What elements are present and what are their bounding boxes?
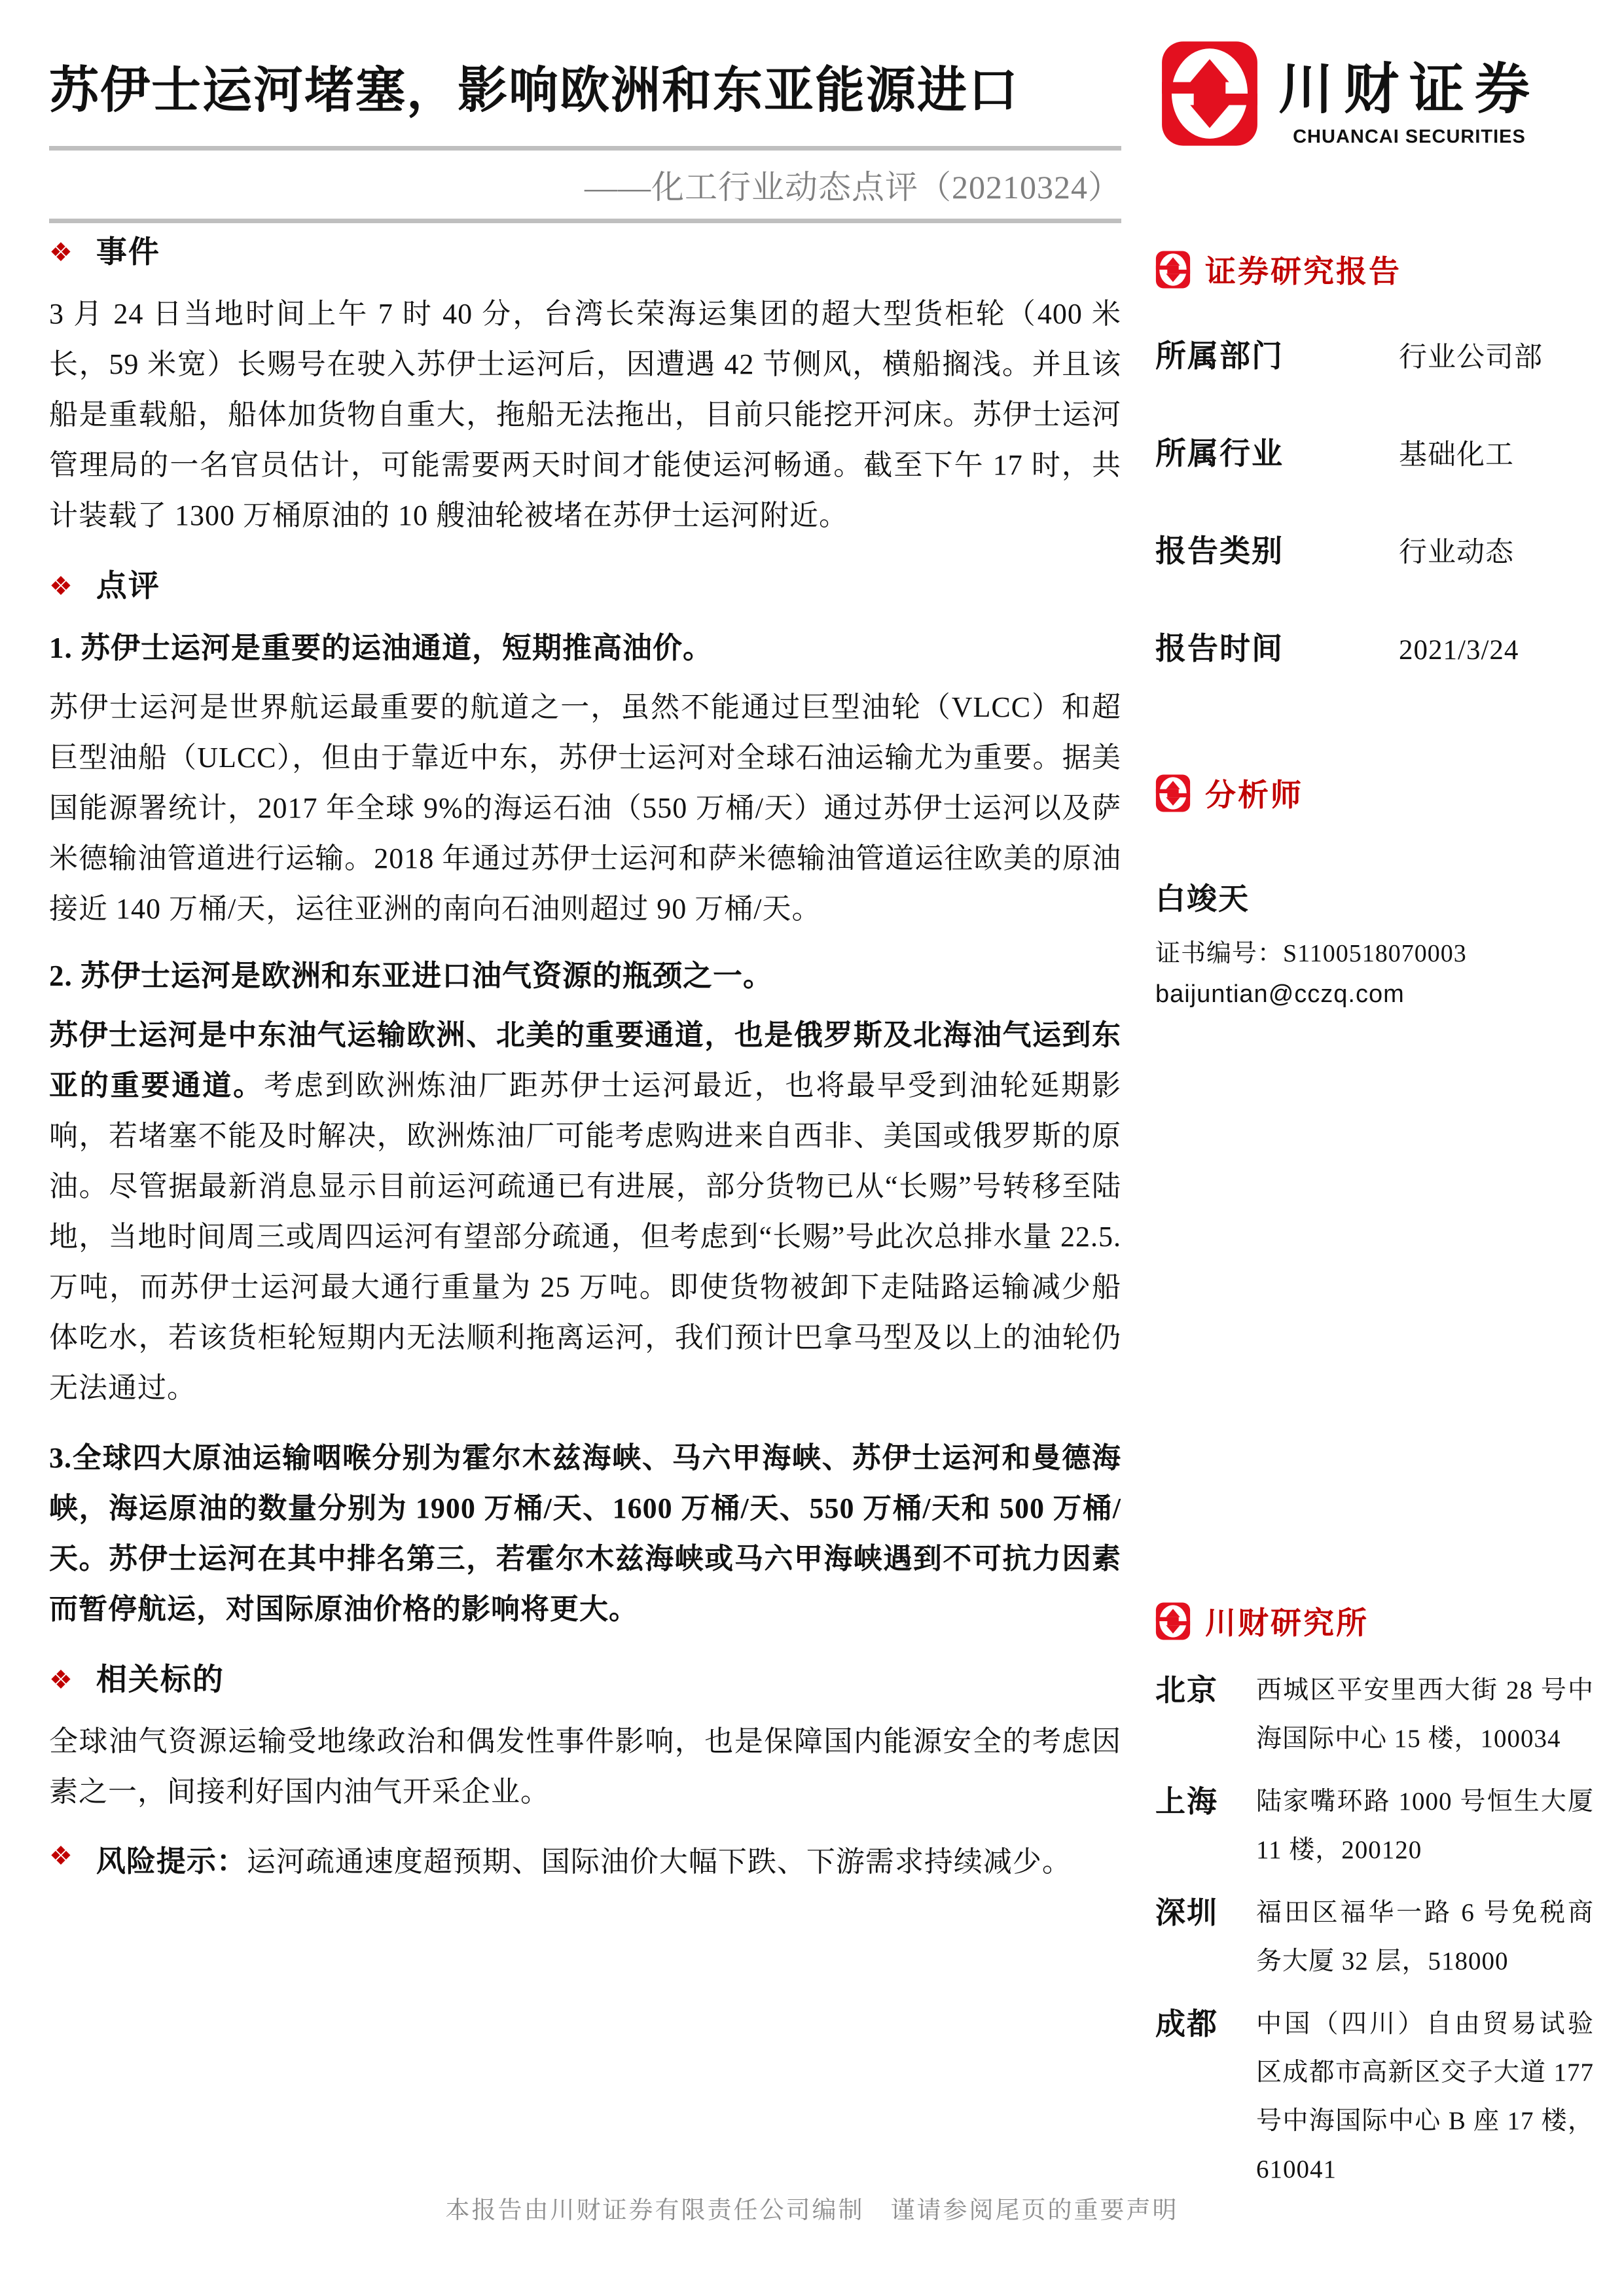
- point-3-paragraph: 3.全球四大原油运输咽喉分别为霍尔木兹海峡、马六甲海峡、苏伊士运河和曼德海峡，海…: [49, 1433, 1121, 1634]
- diamond-bullet-icon: ❖: [49, 1660, 73, 1700]
- risk-section: ❖ 风险提示：运河疏通速度超预期、国际油价大幅下跌、下游需求持续减少。: [49, 1837, 1121, 1887]
- section-label: 事件: [96, 233, 160, 272]
- report-body: ❖ 事件 3 月 24 日当地时间上午 7 时 40 分，台湾长荣海运集团的超大…: [49, 233, 1121, 1887]
- report-subtitle: ——化工行业动态点评（20210324）: [49, 161, 1121, 208]
- analyst-badge: 分析师: [1155, 771, 1594, 815]
- point-2-rest: 考虑到欧洲炼油厂距苏伊士运河最近，也将最早受到油轮延期影响，若堵塞不能及时解决，…: [49, 1069, 1121, 1404]
- section-header-event: ❖ 事件: [49, 233, 1121, 272]
- report-badge: 证券研究报告: [1155, 247, 1594, 291]
- section-label: 相关标的: [96, 1660, 225, 1700]
- analyst-email: baijuntian@cczq.com: [1155, 980, 1594, 1009]
- content-area: ❖ 事件 3 月 24 日当地时间上午 7 时 40 分，台湾长荣海运集团的超大…: [49, 233, 1594, 1887]
- meta-value: 基础化工: [1383, 433, 1514, 473]
- report-page: 苏伊士运河堵塞，影响欧洲和东亚能源进口 川财证券 CHUANCAI SECURI…: [0, 0, 1624, 2296]
- risk-label: 风险提示：: [96, 1845, 247, 1878]
- divider-top: [49, 146, 1121, 151]
- risk-text: 运河疏通速度超预期、国际油价大幅下跌、下游需求持续减少。: [247, 1846, 1072, 1878]
- meta-label: 报告时间: [1155, 624, 1383, 668]
- meta-value: 行业动态: [1383, 530, 1514, 570]
- meta-label: 所属行业: [1155, 429, 1383, 473]
- institute-badge-label: 川财研究所: [1205, 1599, 1369, 1643]
- office-address: 福田区福华一路 6 号免税商务大厦 32 层，518000: [1242, 1889, 1594, 1986]
- related-paragraph: 全球油气资源运输受地缘政治和偶发性事件影响，也是保障国内能源安全的考虑因素之一，…: [49, 1716, 1121, 1817]
- page-title: 苏伊士运河堵塞，影响欧洲和东亚能源进口: [49, 60, 1123, 122]
- meta-row-department: 所属部门 行业公司部: [1155, 332, 1594, 376]
- point-2-paragraph: 苏伊士运河是中东油气运输欧洲、北美的重要通道，也是俄罗斯及北海油气运到东亚的重要…: [49, 1010, 1121, 1413]
- meta-value: 2021/3/24: [1383, 634, 1519, 666]
- office-list: 北京 西城区平安里西大街 28 号中海国际中心 15 楼，100034 上海 陆…: [1155, 1666, 1594, 2194]
- meta-value: 行业公司部: [1383, 335, 1543, 375]
- divider-subtitle: [49, 219, 1121, 223]
- office-city: 成都: [1155, 2000, 1242, 2194]
- point-2-heading: 2. 苏伊士运河是欧洲和东亚进口油气资源的瓶颈之一。: [49, 958, 1121, 994]
- office-beijing: 北京 西城区平安里西大街 28 号中海国际中心 15 楼，100034: [1155, 1666, 1594, 1763]
- office-city: 北京: [1155, 1666, 1242, 1763]
- sidebar-analyst: 分析师 白竣天 证书编号：S1100518070003 baijuntian@c…: [1155, 771, 1594, 1009]
- office-city: 深圳: [1155, 1889, 1242, 1986]
- sidebar-institute: 川财研究所 北京 西城区平安里西大街 28 号中海国际中心 15 楼，10003…: [1155, 1599, 1594, 2208]
- office-shanghai: 上海 陆家嘴环路 1000 号恒生大厦 11 楼，200120: [1155, 1778, 1594, 1874]
- analyst-badge-label: 分析师: [1205, 771, 1303, 815]
- point-1-paragraph: 苏伊士运河是世界航运最重要的航道之一，虽然不能通过巨型油轮（VLCC）和超巨型油…: [49, 682, 1121, 934]
- office-address: 西城区平安里西大街 28 号中海国际中心 15 楼，100034: [1242, 1666, 1594, 1763]
- report-badge-label: 证券研究报告: [1205, 247, 1401, 291]
- office-city: 上海: [1155, 1778, 1242, 1874]
- event-paragraph: 3 月 24 日当地时间上午 7 时 40 分，台湾长荣海运集团的超大型货柜轮（…: [49, 289, 1121, 541]
- office-chengdu: 成都 中国（四川）自由贸易试验区成都市高新区交子大道 177 号中海国际中心 B…: [1155, 2000, 1594, 2194]
- section-label: 点评: [96, 567, 160, 606]
- meta-label: 报告类别: [1155, 527, 1383, 571]
- logo-text: 川财证券 CHUANCAI SECURITIES: [1278, 41, 1540, 148]
- chuancai-logo-icon: [1155, 1602, 1191, 1640]
- office-shenzhen: 深圳 福田区福华一路 6 号免税商务大厦 32 层，518000: [1155, 1889, 1594, 1986]
- meta-row-category: 报告类别 行业动态: [1155, 527, 1594, 571]
- section-header-comment: ❖ 点评: [49, 567, 1121, 606]
- chuancai-logo-icon: [1155, 774, 1191, 812]
- meta-label: 所属部门: [1155, 332, 1383, 376]
- report-sidebar: 证券研究报告 所属部门 行业公司部 所属行业 基础化工 报告类别 行业动态: [1155, 233, 1594, 1887]
- diamond-bullet-icon: ❖: [49, 233, 73, 272]
- logo-en-name: CHUANCAI SECURITIES: [1293, 126, 1526, 148]
- diamond-bullet-icon: ❖: [49, 1837, 73, 1876]
- logo-cn-name: 川财证券: [1278, 59, 1540, 122]
- analyst-name: 白竣天: [1155, 875, 1594, 918]
- analyst-certificate: 证书编号：S1100518070003: [1155, 933, 1594, 969]
- institute-badge: 川财研究所: [1155, 1599, 1594, 1643]
- report-meta-table: 所属部门 行业公司部 所属行业 基础化工 报告类别 行业动态 报告时间 2021…: [1155, 332, 1594, 668]
- risk-paragraph: 风险提示：运河疏通速度超预期、国际油价大幅下跌、下游需求持续减少。: [96, 1837, 1072, 1887]
- point-1-heading: 1. 苏伊士运河是重要的运油通道，短期推高油价。: [49, 630, 1121, 666]
- office-address: 中国（四川）自由贸易试验区成都市高新区交子大道 177 号中海国际中心 B 座 …: [1242, 2000, 1594, 2194]
- meta-row-industry: 所属行业 基础化工: [1155, 429, 1594, 473]
- chuancai-logo-icon: [1155, 251, 1191, 289]
- section-header-related: ❖ 相关标的: [49, 1660, 1121, 1700]
- diamond-bullet-icon: ❖: [49, 567, 73, 606]
- meta-row-date: 报告时间 2021/3/24: [1155, 624, 1594, 668]
- sidebar-report-info: 证券研究报告 所属部门 行业公司部 所属行业 基础化工 报告类别 行业动态: [1155, 247, 1594, 722]
- chuancai-logo-icon: [1161, 41, 1259, 147]
- company-logo: 川财证券 CHUANCAI SECURITIES: [1161, 41, 1540, 148]
- footer-disclaimer: 本报告由川财证券有限责任公司编制 谨请参阅尾页的重要声明: [0, 2190, 1624, 2225]
- office-address: 陆家嘴环路 1000 号恒生大厦 11 楼，200120: [1242, 1778, 1594, 1874]
